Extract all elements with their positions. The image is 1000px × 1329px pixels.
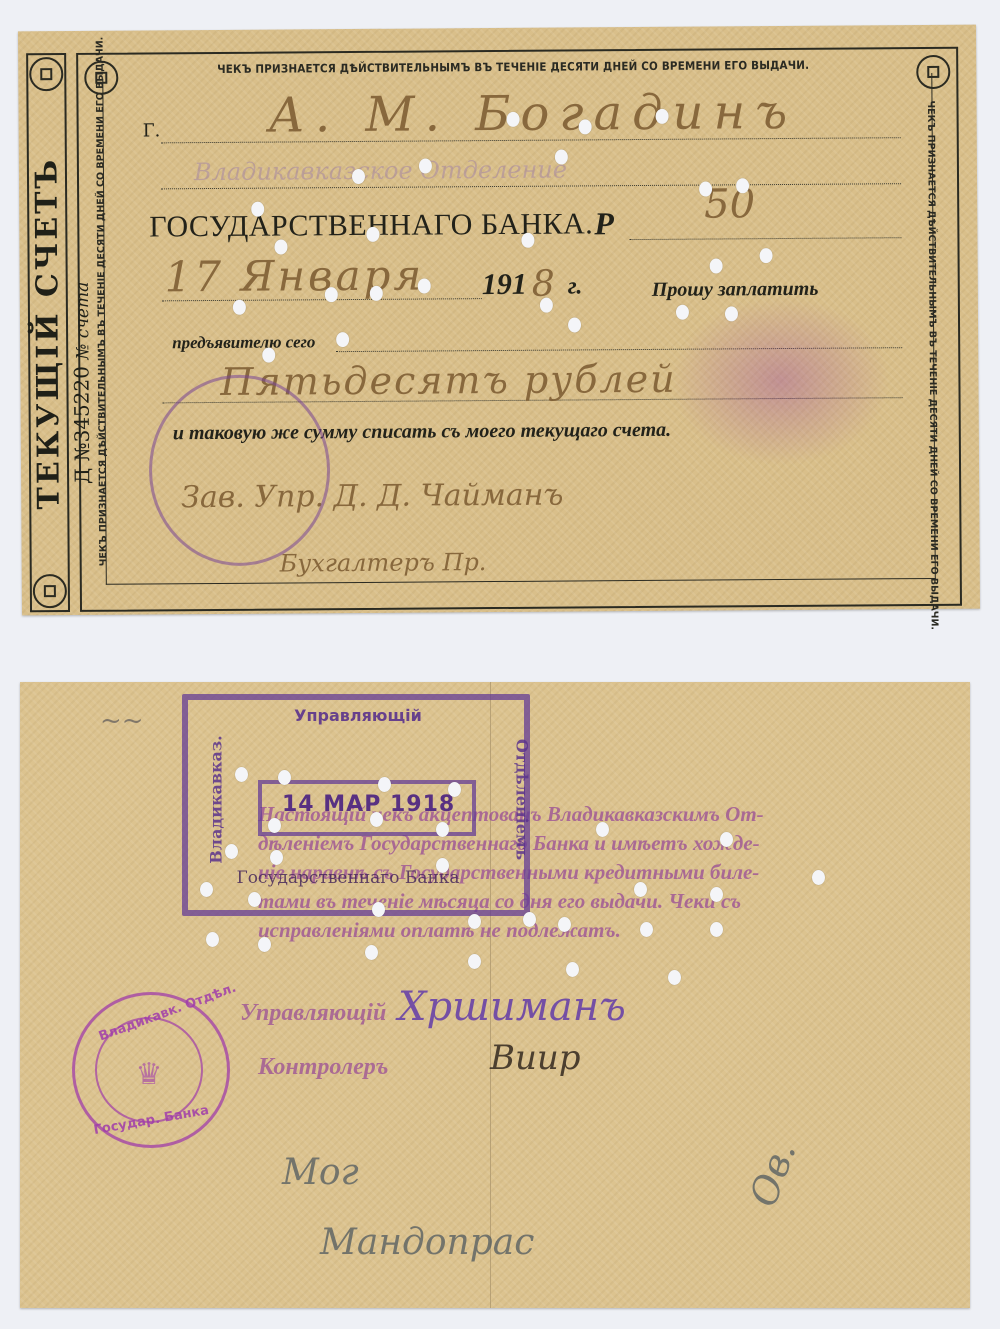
ornament-icon	[29, 57, 63, 91]
perforation-hole	[448, 782, 461, 797]
signature-accountant: Бухгалтеръ Пр.	[280, 548, 487, 577]
round-stamp-faded	[148, 374, 330, 566]
ornament-icon	[33, 574, 67, 608]
account-number: Д №345220 № счета	[69, 282, 94, 484]
perforation-hole	[336, 332, 349, 347]
perforation-hole	[418, 278, 431, 293]
perforation-hole	[699, 182, 712, 197]
stamp-date: 14 MAP 1918	[282, 792, 455, 817]
perforation-hole	[378, 777, 391, 792]
ghost-stamp-text: Владикавказское Отделение	[194, 156, 567, 187]
perforation-hole	[710, 887, 723, 902]
perforation-hole	[370, 812, 383, 827]
perforation-hole	[676, 305, 689, 320]
double-headed-eagle-icon: ♛	[131, 1057, 167, 1093]
perforation-hole	[436, 822, 449, 837]
perforation-hole	[558, 917, 571, 932]
perforation-hole	[760, 248, 773, 263]
perforation-hole	[710, 922, 723, 937]
ruble-sign: Р	[594, 205, 614, 242]
perforation-hole	[258, 937, 271, 952]
perforation-hole	[365, 945, 378, 960]
perforation-hole	[640, 922, 653, 937]
perforation-hole	[370, 286, 383, 301]
signature-manager-back: Хршиманъ	[398, 984, 626, 1030]
perforation-hole	[568, 317, 581, 332]
decorative-left-band: ТЕКУЩІЙ СЧЕТЪ	[26, 53, 70, 612]
perforation-hole	[206, 932, 219, 947]
stamp-left-text: Владикавказ.	[207, 710, 226, 890]
perforation-hole	[579, 119, 592, 134]
perforation-hole	[268, 818, 281, 833]
pencil-note-2: Мандопрас	[320, 1222, 534, 1263]
stamp-bottom-text: Государственнаго Банка	[228, 868, 468, 888]
bearer-label: предъявителю сего	[172, 332, 315, 353]
perforation-hole	[555, 150, 568, 165]
stamp-smudge	[670, 295, 891, 467]
perforation-hole	[468, 954, 481, 969]
perforation-hole	[274, 239, 287, 254]
signature-controller-back: Виир	[490, 1038, 581, 1078]
date-handwritten: 17 Января	[165, 251, 425, 302]
pencil-note-1: Мог	[282, 1152, 359, 1193]
perforation-hole	[468, 914, 481, 929]
payee-handwritten: А. М. Богадинъ	[268, 84, 797, 144]
perforation-hole	[233, 300, 246, 315]
manager-rectangular-stamp: Управляющій Владикавказ. Отдѣленіемъ 14 …	[182, 694, 530, 916]
band-text: ТЕКУЩІЙ СЧЕТЪ	[29, 156, 66, 509]
perforation-hole	[200, 882, 213, 897]
year-printed: 191	[482, 268, 527, 302]
pencil-note-3: Ов.	[741, 1136, 805, 1212]
perforation-hole	[262, 348, 275, 363]
perforation-hole	[521, 233, 534, 248]
perforation-hole	[710, 258, 723, 273]
stamp-right-text: Отдѣленіемъ	[513, 710, 532, 890]
perforation-hole	[248, 892, 261, 907]
perforation-hole	[419, 158, 432, 173]
perforation-hole	[507, 112, 520, 127]
perforation-hole	[235, 767, 248, 782]
perforation-hole	[720, 832, 733, 847]
check-back: ~~ Настоящій чекъ акцептованъ Владикавка…	[20, 682, 970, 1308]
perforation-hole	[278, 770, 291, 785]
stamp-title: Управляющій	[258, 706, 458, 725]
manager-label: Управляющій	[240, 1000, 386, 1027]
perforation-hole	[436, 858, 449, 873]
perforation-hole	[372, 902, 385, 917]
perforation-hole	[725, 306, 738, 321]
round-bank-seal: ♛ Владикавк. Отдѣл. Государ. Банка	[72, 992, 230, 1148]
perforation-hole	[566, 962, 579, 977]
city-prefix: Г.	[143, 120, 161, 141]
perforation-hole	[668, 970, 681, 985]
perforation-hole	[656, 109, 669, 124]
pencil-scribble: ~~	[100, 706, 144, 736]
perforation-hole	[352, 169, 365, 184]
check-front: ТЕКУЩІЙ СЧЕТЪ ЧЕКЪ ПРИЗНАЕТСЯ ДѢЙСТВИТЕЛ…	[18, 25, 980, 616]
perforation-hole	[540, 298, 553, 313]
perforation-hole	[596, 822, 609, 837]
perforation-hole	[812, 870, 825, 885]
perforation-hole	[270, 850, 283, 865]
perforation-hole	[366, 227, 379, 242]
year-suffix: г.	[568, 273, 583, 300]
perforation-hole	[634, 882, 647, 897]
perforation-hole	[225, 844, 238, 859]
perforation-hole	[523, 912, 536, 927]
controller-label: Контролеръ	[258, 1054, 388, 1081]
perforation-hole	[325, 287, 338, 302]
perforation-hole	[251, 202, 264, 217]
perforation-hole	[736, 178, 749, 193]
